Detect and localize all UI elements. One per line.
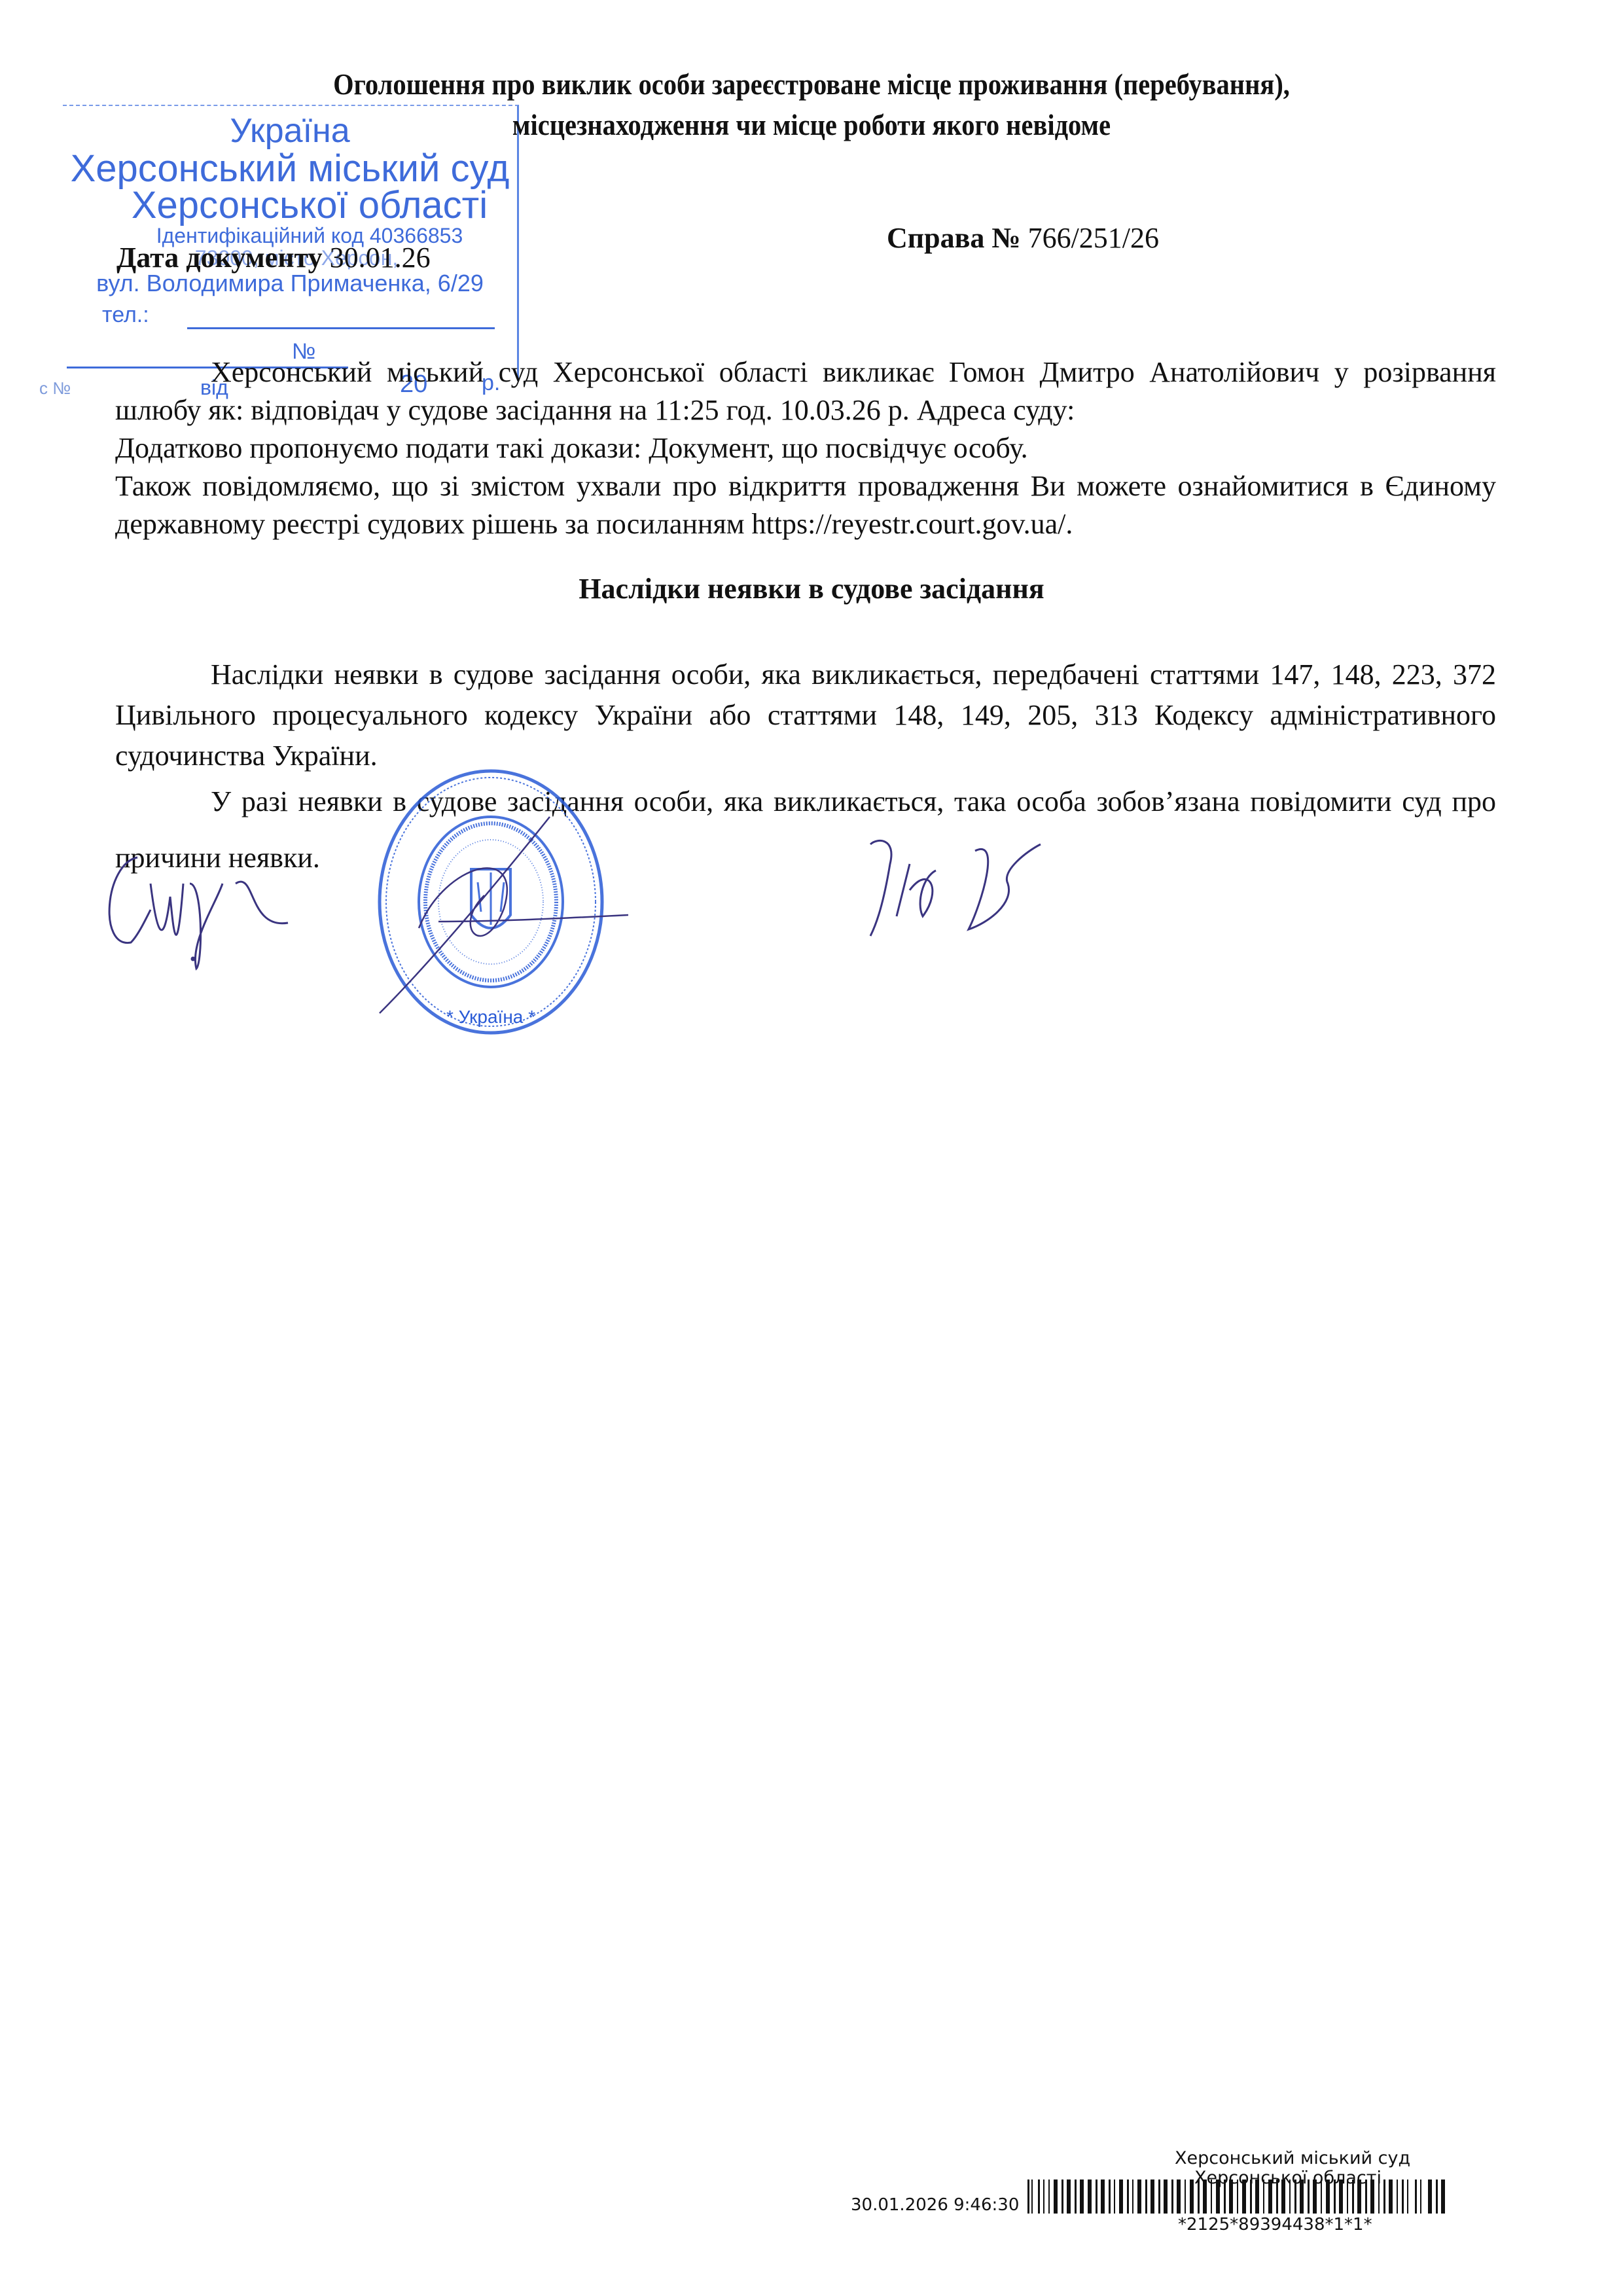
signature-judge-label-icon <box>92 844 340 975</box>
evidence-line: Додатково пропонуємо подати такі докази:… <box>115 432 1028 464</box>
document-title: Оголошення про виклик особи зареєстрован… <box>247 64 1376 145</box>
footer-timestamp: 30.01.2026 9:46:30 <box>851 2195 1019 2215</box>
summons-block: Херсонський міський суд Херсонської обла… <box>115 353 1496 543</box>
case-number: Справа № 766/251/26 <box>887 221 1159 255</box>
barcode-text: *2125*89394438*1*1* <box>1178 2215 1372 2234</box>
case-label: Справа № <box>887 222 1021 254</box>
document-barcode-block: Херсонський міський суд Херсонської обла… <box>851 2148 1571 2259</box>
barcode-icon <box>1027 2179 1453 2214</box>
date-value: 30.01.26 <box>330 242 431 274</box>
consequences-text: Наслідки неявки в судове засідання особи… <box>115 658 1496 772</box>
summons-paragraph: Херсонський міський суд Херсонської обла… <box>115 356 1496 426</box>
consequences-paragraph: Наслідки неявки в судове засідання особи… <box>115 655 1496 776</box>
consequences-heading: Наслідки неявки в судове засідання <box>0 572 1623 605</box>
title-line-2: місцезнаходження чи місце роботи якого н… <box>247 105 1376 145</box>
registry-line: Також повідомляємо, що зі змістом ухвали… <box>115 470 1496 540</box>
signature-judge-name-icon <box>851 825 1126 942</box>
case-number-value: 766/251/26 <box>1028 222 1159 254</box>
date-label: Дата документу <box>116 242 323 274</box>
court-round-seal-icon: * Україна * <box>353 764 628 1039</box>
svg-text:* Україна *: * Україна * <box>446 1007 535 1027</box>
title-line-1: Оголошення про виклик особи зареєстрован… <box>247 64 1376 105</box>
document-date: Дата документу 30.01.26 <box>116 241 431 274</box>
stamp-tel-label: тел.: <box>102 302 149 328</box>
stamp-region: Херсонської області <box>82 183 537 227</box>
stamp-tel-line <box>187 327 495 329</box>
stamp-incoming-no-label: с № <box>39 378 71 399</box>
footer-court-line1: Херсонський міський суд <box>1175 2148 1410 2168</box>
